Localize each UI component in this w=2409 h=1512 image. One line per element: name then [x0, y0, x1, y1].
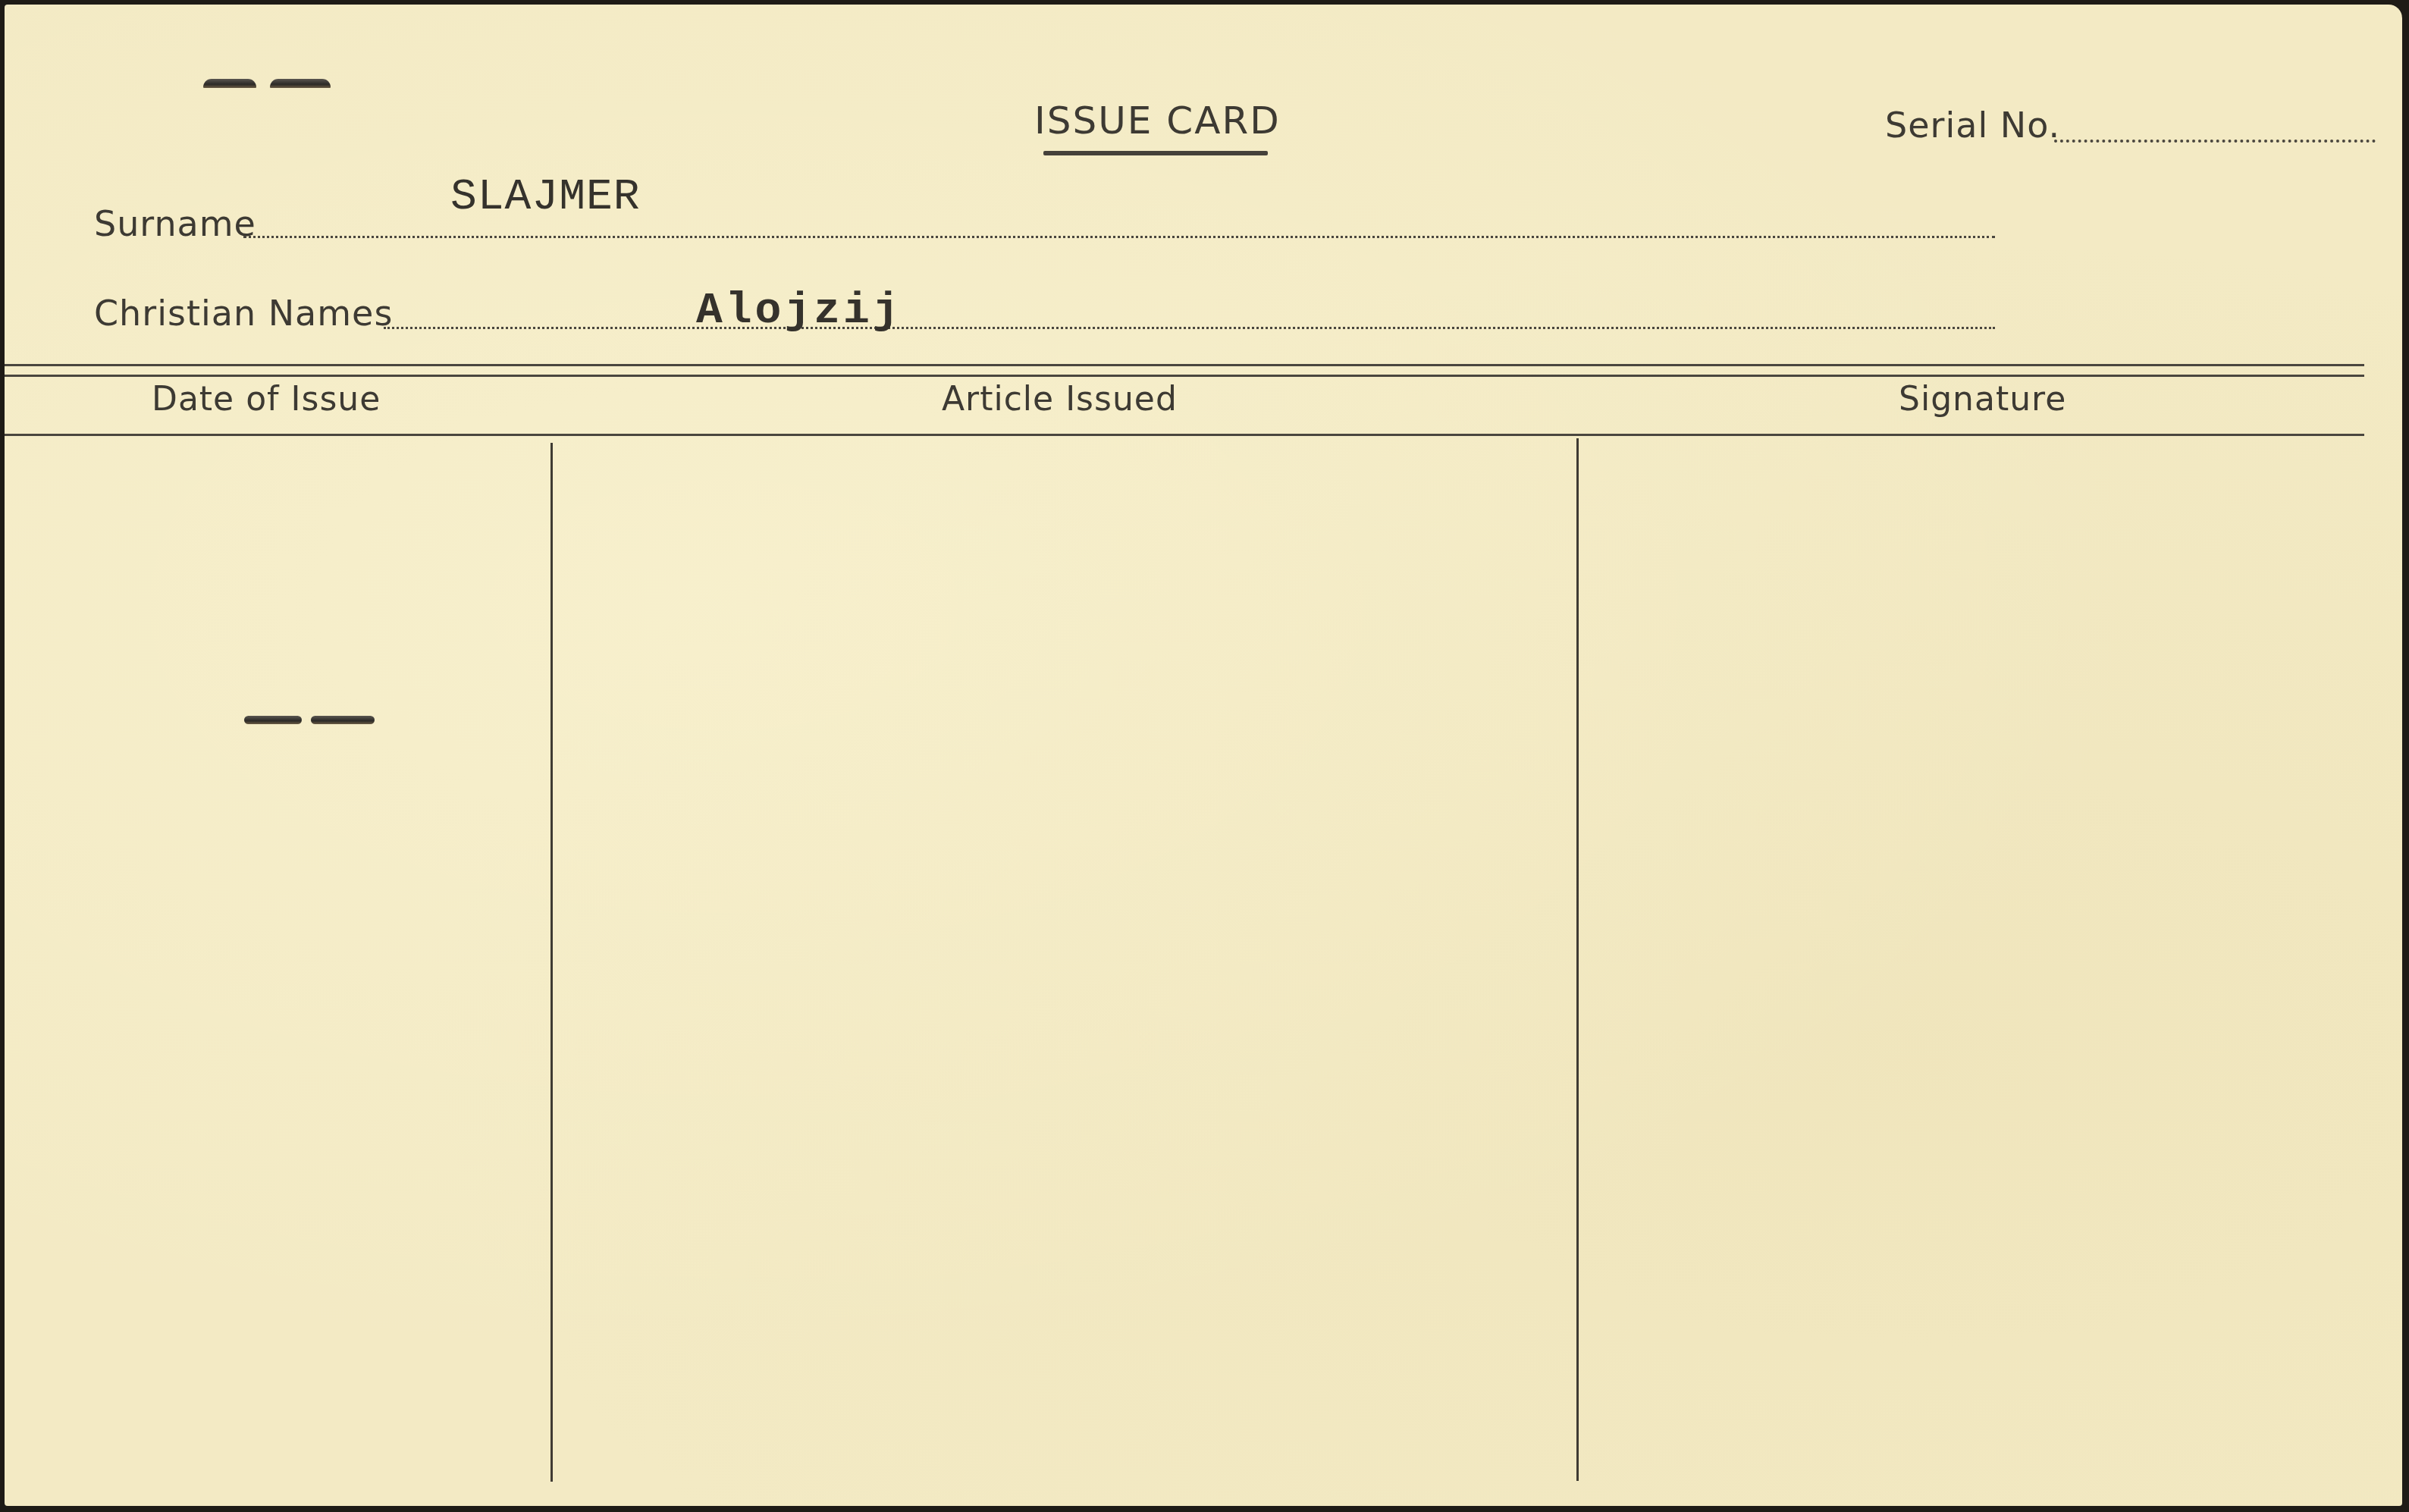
- issue-card: ISSUE CARD Serial No. Surname SLAJMER Ch…: [5, 5, 2402, 1506]
- christian-names-label: Christian Names: [94, 293, 393, 334]
- christian-names-value[interactable]: Alojzij: [696, 287, 902, 336]
- column-divider: [550, 443, 553, 1482]
- article-issued-column-body[interactable]: [554, 437, 1575, 1483]
- table-top-rule: [5, 364, 2364, 366]
- surname-value[interactable]: SLAJMER: [450, 173, 641, 222]
- column-header-signature: Signature: [1899, 380, 2066, 419]
- surname-field-line: [243, 236, 1995, 238]
- title-underline: [1043, 151, 1268, 155]
- surname-label: Surname: [94, 203, 256, 244]
- table-header-rule: [5, 434, 2364, 436]
- serial-number-label: Serial No.: [1885, 105, 2060, 146]
- card-title: ISSUE CARD: [1034, 99, 1281, 143]
- column-header-article-issued: Article Issued: [942, 380, 1178, 419]
- christian-names-field-line: [384, 327, 1995, 329]
- date-of-issue-column-body[interactable]: [5, 437, 549, 1483]
- table-top-rule-inner: [5, 375, 2364, 377]
- column-divider: [1576, 438, 1579, 1481]
- column-header-date-of-issue: Date of Issue: [152, 380, 381, 419]
- staple-icon: [270, 79, 331, 88]
- serial-number-field[interactable]: [2054, 140, 2376, 143]
- signature-column-body[interactable]: [1579, 437, 2364, 1483]
- staple-icon: [203, 79, 256, 88]
